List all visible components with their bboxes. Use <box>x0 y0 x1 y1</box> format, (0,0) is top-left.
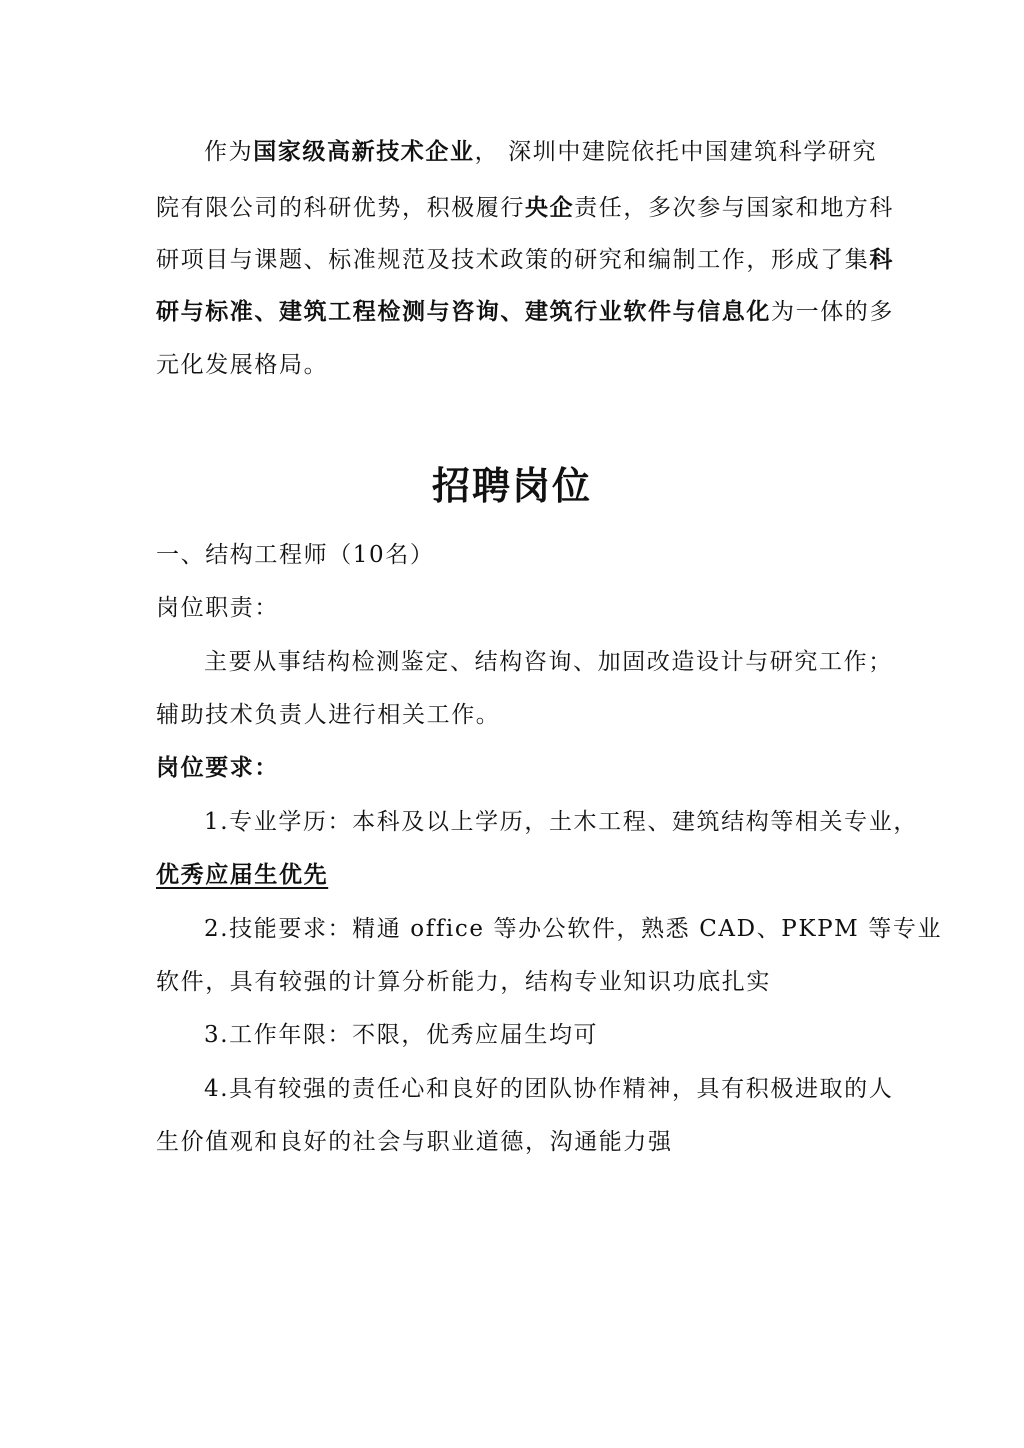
intro-line-2: 院有限公司的科研优势，积极履行央企责任，多次参与国家和地方科 <box>156 193 868 223</box>
requirement-2-line-2: 软件，具有较强的计算分析能力，结构专业知识功底扎实 <box>156 967 868 997</box>
requirement-1-line-2: 优秀应届生优先 <box>156 860 328 890</box>
intro-line-4: 研与标准、建筑工程检测与咨询、建筑行业软件与信息化为一体的多 <box>156 297 868 327</box>
duties-label: 岗位职责： <box>156 593 868 623</box>
requirements-label: 岗位要求： <box>156 753 868 783</box>
duties-line-1: 主要从事结构检测鉴定、结构咨询、加固改造设计与研究工作； <box>204 647 868 677</box>
requirement-4-line-1: 4.具有较强的责任心和良好的团队协作精神，具有积极进取的人 <box>204 1074 868 1104</box>
bold-text: 国家级高新技术企业 <box>253 139 474 165</box>
text: 院有限公司的科研优势，积极履行 <box>156 195 525 221</box>
duties-line-2: 辅助技术负责人进行相关工作。 <box>156 700 868 730</box>
requirement-1-line-1: 1.专业学历：本科及以上学历，土木工程、建筑结构等相关专业， <box>204 807 868 837</box>
bold-text: 研与标准、建筑工程检测与咨询、建筑行业软件与信息化 <box>156 299 771 325</box>
requirement-3-line-1: 3.工作年限：不限，优秀应届生均可 <box>204 1020 868 1050</box>
page-title: 招聘岗位 <box>0 462 1024 510</box>
text: ， 深圳中建院依托中国建筑科学研究 <box>475 139 878 165</box>
requirement-4-line-2: 生价值观和良好的社会与职业道德，沟通能力强 <box>156 1127 868 1157</box>
intro-line-5: 元化发展格局。 <box>156 350 868 380</box>
document-page: 作为国家级高新技术企业， 深圳中建院依托中国建筑科学研究 院有限公司的科研优势，… <box>0 0 1024 1448</box>
text: 研项目与课题、标准规范及技术政策的研究和编制工作，形成了集 <box>156 247 869 273</box>
text: 为一体的多 <box>771 299 894 325</box>
bold-text: 央企 <box>525 195 574 221</box>
bold-text: 科 <box>869 247 894 273</box>
intro-line-3: 研项目与课题、标准规范及技术政策的研究和编制工作，形成了集科 <box>156 245 868 275</box>
requirement-2-line-1: 2.技能要求：精通 office 等办公软件，熟悉 CAD、PKPM 等专业 <box>204 914 868 944</box>
intro-line-1: 作为国家级高新技术企业， 深圳中建院依托中国建筑科学研究 <box>204 137 868 167</box>
text: 作为 <box>204 139 253 165</box>
text: 责任，多次参与国家和地方科 <box>574 195 894 221</box>
position-heading: 一、结构工程师（10名） <box>156 540 868 570</box>
